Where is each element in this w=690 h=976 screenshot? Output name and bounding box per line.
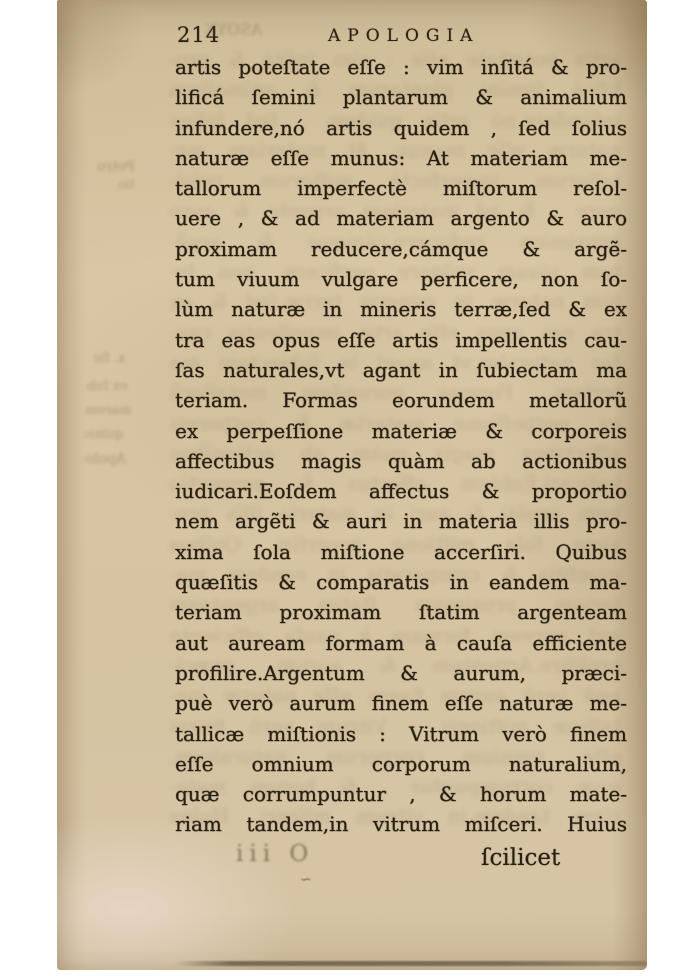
text-line: affectibus magis quàm ab actionibus — [175, 446, 627, 476]
text-line: iudicari.Eoſdem affectus & proportio — [175, 476, 627, 506]
margin-showthrough: quinic — [83, 427, 124, 442]
text-line: ſas naturales,vt agant in ſubiectam ma — [175, 355, 627, 385]
text-line: teriam. Formas eorundem metallorũ — [175, 385, 627, 415]
margin-showthrough: Petro — [97, 159, 135, 175]
text-line: tum viuum vulgare perficere, non ſo- — [175, 264, 627, 294]
text-line: teriam proximam ſtatim argenteam — [175, 597, 627, 627]
text-line: uere , & ad materiam argento & auro — [175, 203, 627, 233]
signature-mark: iii O — [236, 841, 314, 867]
body-text-block: artis poteſtate eſſe : vim inſitá & pro-… — [175, 52, 627, 840]
text-line: aut auream formam à cauſa efficiente — [175, 628, 627, 658]
text-line: naturæ eſſe munus: At materiam me- — [175, 143, 627, 173]
text-line: infundere,nó artis quidem , ſed ſolius — [175, 113, 627, 143]
text-line: tallicæ miſtionis : Vitrum verò finem — [175, 719, 627, 749]
margin-showthrough: marom — [85, 403, 131, 418]
text-line: ex perpeſſione materiæ & corporeis — [175, 416, 627, 446]
text-line: lificá ſemini plantarum & animalium — [175, 82, 627, 112]
text-line: tallorum imperfectè miſtorum reſol- — [175, 173, 627, 203]
text-line: tra eas opus eſſe artis impellentis cau- — [175, 325, 627, 355]
margin-showthrough: ex ſub — [87, 379, 128, 394]
book-page-scan: artis poteſtate eſſe : vim inſitá & pro-… — [0, 0, 690, 976]
text-line: riam tandem,in vitrum miſceri. Huius — [175, 809, 627, 839]
text-line: eſſe omnium corporum naturalium, — [175, 749, 627, 779]
margin-showthrough: Apolo- — [81, 451, 126, 467]
running-title: APOLOGIA — [328, 26, 479, 46]
paper: artis poteſtate eſſe : vim inſitá & pro-… — [57, 0, 647, 970]
catchword: ſcilicet — [481, 845, 560, 871]
margin-showthrough: ASOYX — [205, 20, 263, 39]
text-line: profilire.Argentum & aurum, præci- — [175, 658, 627, 688]
page-bottom-edge-shadow — [175, 961, 647, 966]
text-line: quæ corrumpuntur , & horum mate- — [175, 779, 627, 809]
text-line: proximam reducere,cámque & argẽ- — [175, 234, 627, 264]
ink-speck: ~ — [300, 872, 312, 888]
text-line: puè verò aurum finem eſſe naturæ me- — [175, 688, 627, 718]
text-line: quæſitis & comparatis in eandem ma- — [175, 567, 627, 597]
text-line: xima ſola miſtione accerſiri. Quibus — [175, 537, 627, 567]
text-line: artis poteſtate eſſe : vim inſitá & pro- — [175, 52, 627, 82]
margin-showthrough: x. ſie — [93, 351, 125, 366]
text-line: nem argẽti & auri in materia illis pro- — [175, 506, 627, 536]
margin-showthrough: tio. — [115, 177, 135, 191]
text-line: lùm naturæ in mineris terræ,ſed & ex — [175, 294, 627, 324]
